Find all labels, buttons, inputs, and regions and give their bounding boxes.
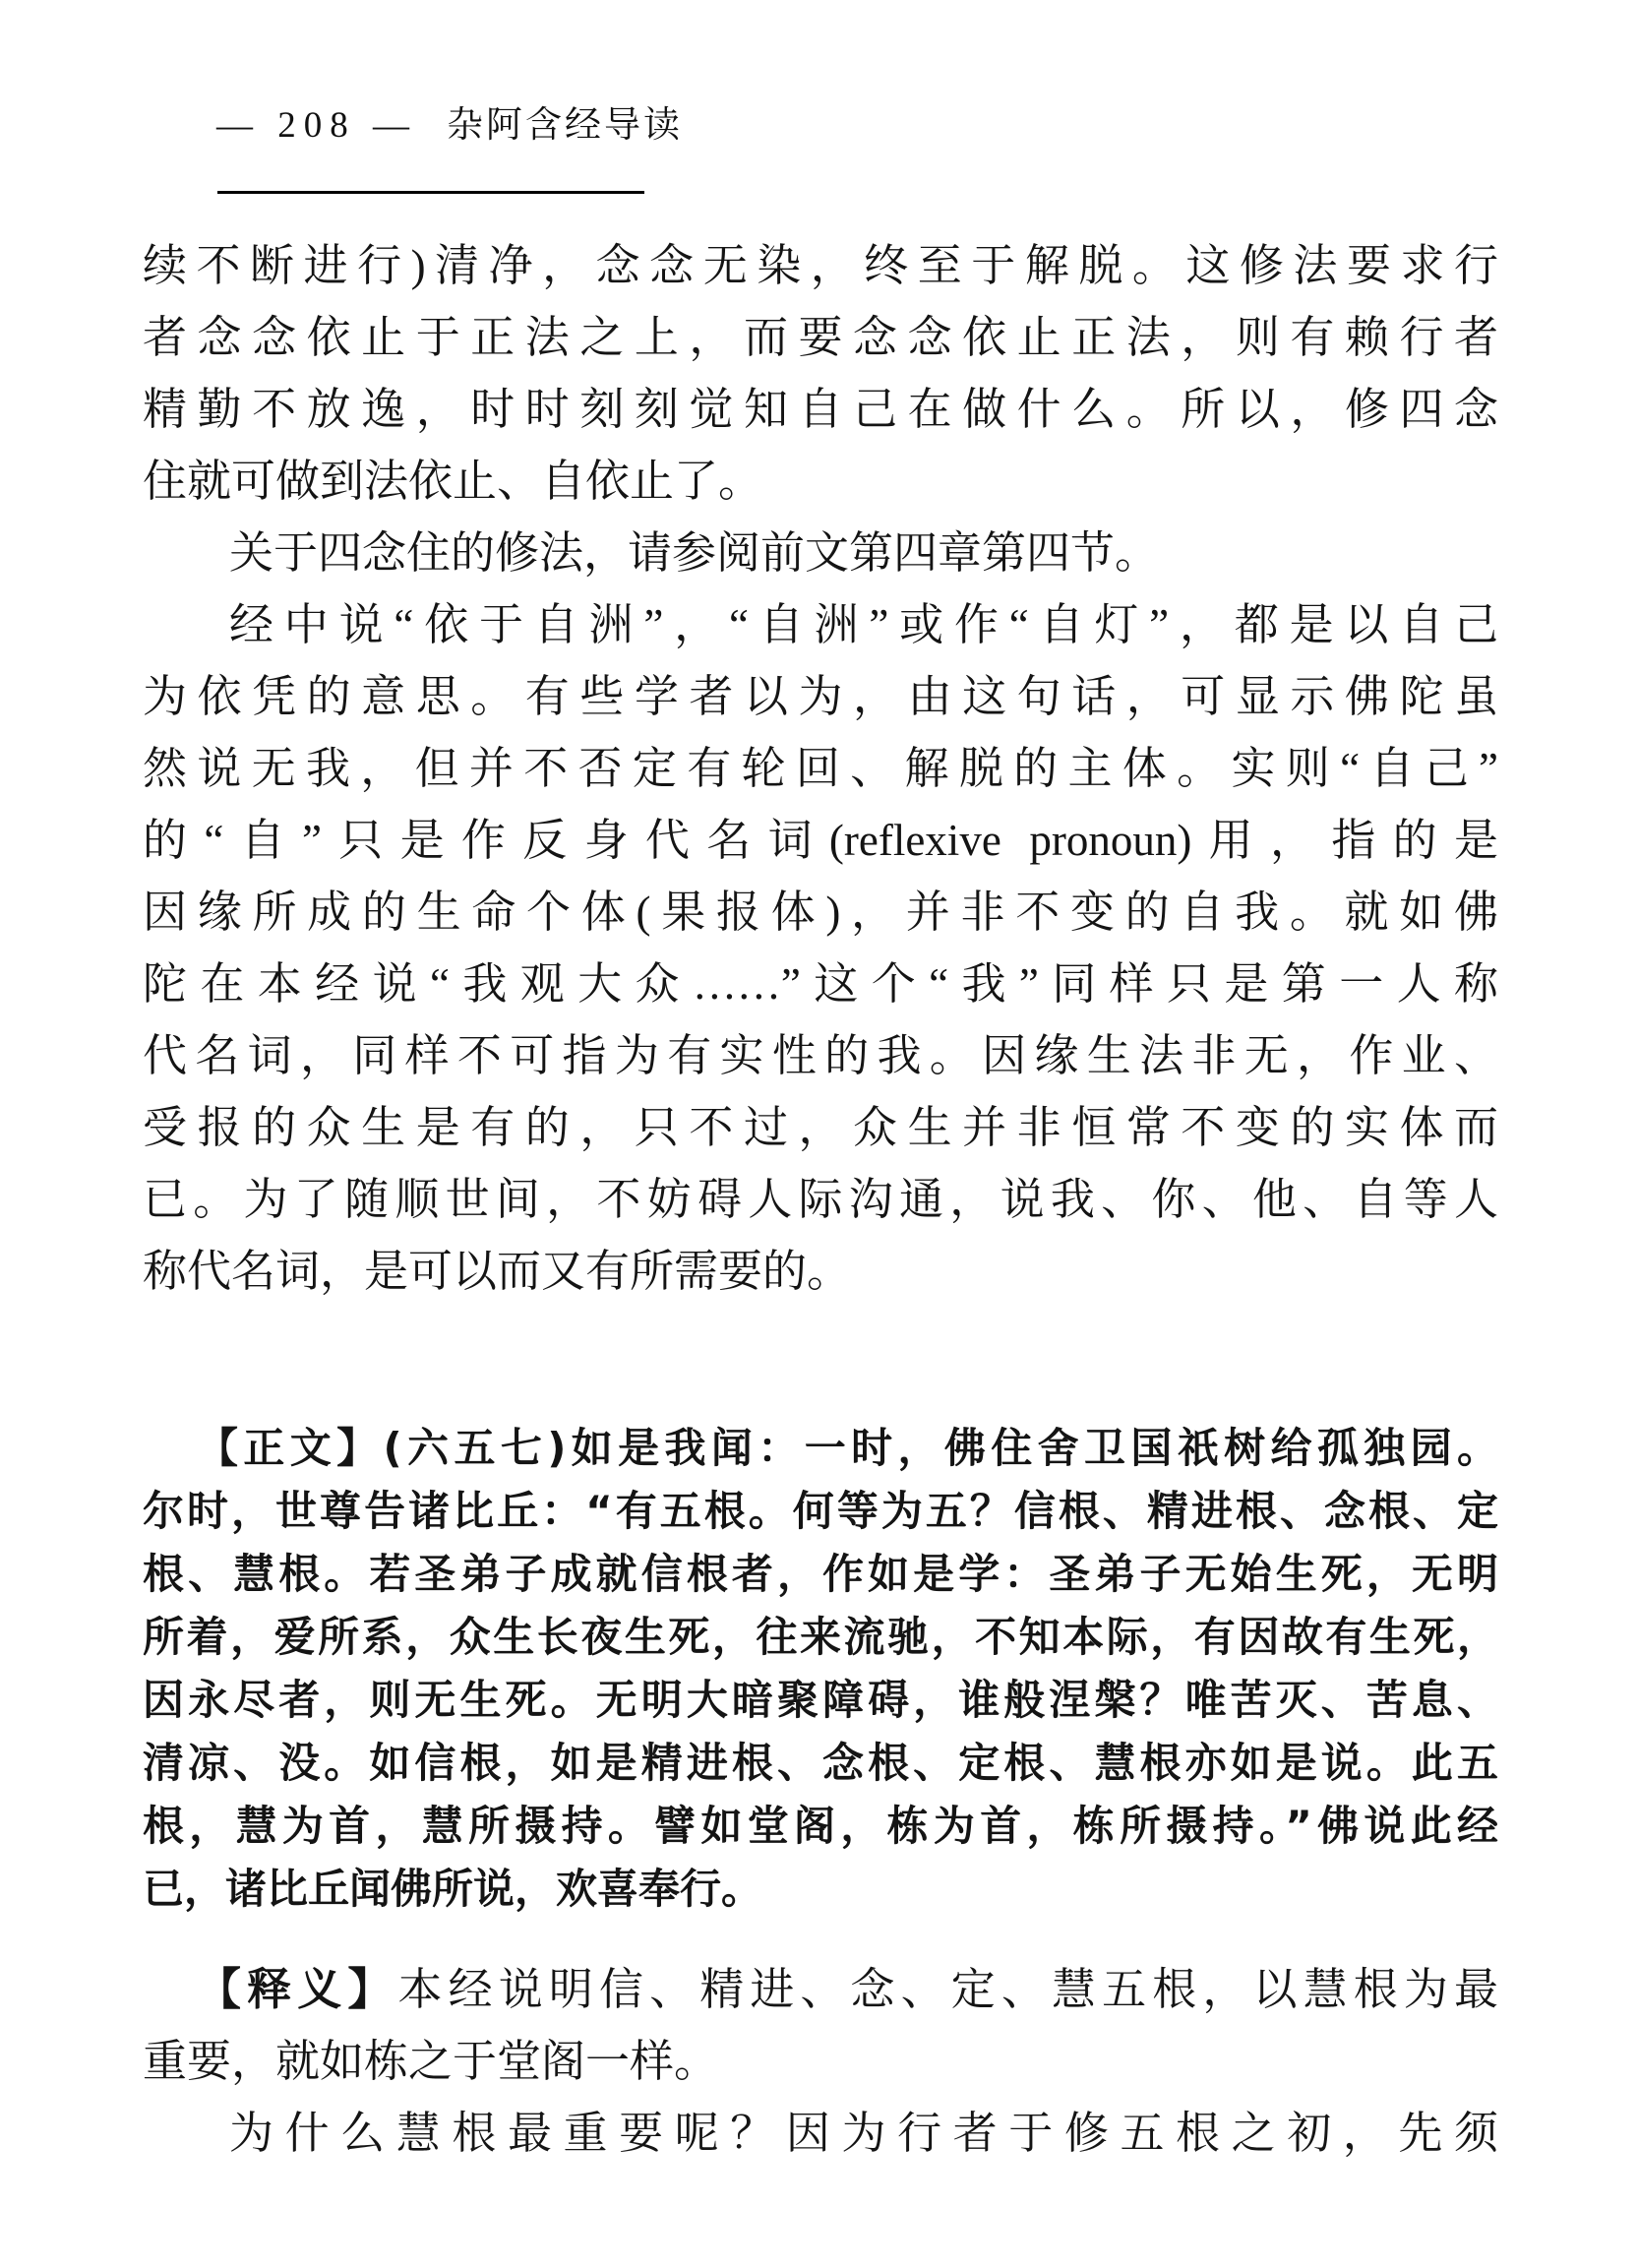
section-main-discussion: 续不断进行)清净，念念无染，终至于解脱。这修法要求行者念念依止于正法之上，而要念… — [143, 230, 1498, 1308]
text-line: 称代名词，是可以而又有所需要的。 — [143, 1236, 1498, 1308]
text-line: 为什么慧根最重要呢？因为行者于修五根之初，先须 — [143, 2098, 1498, 2170]
text-line: 代名词，同样不可指为有实性的我。因缘生法非无，作业、 — [143, 1020, 1498, 1092]
text-line: 【正文】(六五七)如是我闻：一时，佛住舍卫国祇树给孤独园。 — [143, 1417, 1498, 1480]
text-line: 受报的众生是有的，只不过，众生并非恒常不变的实体而 — [143, 1092, 1498, 1164]
text-line: 住就可做到法依止、自依止了。 — [143, 446, 1498, 518]
section-scripture-text: 【正文】(六五七)如是我闻：一时，佛住舍卫国祇树给孤独园。尔时，世尊告诸比丘：“… — [143, 1417, 1498, 1921]
text-line: 续不断进行)清净，念念无染，终至于解脱。这修法要求行 — [143, 230, 1498, 302]
text-line: 因缘所成的生命个体(果报体)，并非不变的自我。就如佛 — [143, 877, 1498, 949]
text-line: 已。为了随顺世间，不妨碍人际沟通，说我、你、他、自等人 — [143, 1164, 1498, 1236]
section-label: 【释义】 — [197, 1963, 397, 2015]
text-line: 尔时，世尊告诸比丘：“有五根。何等为五？信根、精进根、念根、定 — [143, 1480, 1498, 1543]
text-line: 重要，就如栋之于堂阁一样。 — [143, 2026, 1498, 2098]
text-line: 为依凭的意思。有些学者以为，由这句话，可显示佛陀虽 — [143, 661, 1498, 733]
text-line: 然说无我，但并不否定有轮回、解脱的主体。实则“自己” — [143, 733, 1498, 805]
text-line: 根，慧为首，慧所摄持。譬如堂阁，栋为首，栋所摄持。”佛说此经 — [143, 1795, 1498, 1858]
continuation-paragraph: 续不断进行)清净，念念无染，终至于解脱。这修法要求行者念念依止于正法之上，而要念… — [143, 230, 1498, 518]
reference-paragraph: 关于四念住的修法，请参阅前文第四章第四节。 — [143, 518, 1498, 589]
closing-question-paragraph: 为什么慧根最重要呢？因为行者于修五根之初，先须 — [143, 2098, 1498, 2170]
text-line: 的“自”只是作反身代名词(reflexive pronoun)用，指的是 — [143, 805, 1498, 877]
text-line: 因永尽者，则无生死。无明大暗聚障碍，谁般涅槃？唯苦灭、苦息、 — [143, 1669, 1498, 1732]
section-interpretation: 【释义】本经说明信、精进、念、定、慧五根，以慧根为最重要，就如栋之于堂阁一样。为… — [143, 1953, 1498, 2170]
text-line: 经中说“依于自洲”，“自洲”或作“自灯”，都是以自己 — [143, 589, 1498, 661]
text-line: 精勤不放逸，时时刻刻觉知自己在做什么。所以，修四念 — [143, 374, 1498, 446]
running-title: 杂阿含经导读 — [447, 105, 683, 146]
header-rule — [217, 191, 644, 194]
self-reliance-paragraph: 经中说“依于自洲”，“自洲”或作“自灯”，都是以自己为依凭的意思。有些学者以为，… — [143, 589, 1498, 1308]
text-line: 者念念依止于正法之上，而要念念依止正法，则有赖行者 — [143, 302, 1498, 374]
book-page: — 208 —杂阿含经导读 续不断进行)清净，念念无染，终至于解脱。这修法要求行… — [0, 0, 1637, 2268]
text-line: 陀在本经说“我观大众……”这个“我”同样只是第一人称 — [143, 949, 1498, 1020]
sutra-657-text: 【正文】(六五七)如是我闻：一时，佛住舍卫国祇树给孤独园。尔时，世尊告诸比丘：“… — [143, 1417, 1498, 1921]
page-number: — 208 — — [216, 105, 417, 146]
text-line: 关于四念住的修法，请参阅前文第四章第四节。 — [143, 518, 1498, 589]
page-header: — 208 —杂阿含经导读 — [216, 104, 683, 148]
interpretation-paragraph: 【释义】本经说明信、精进、念、定、慧五根，以慧根为最重要，就如栋之于堂阁一样。 — [143, 1953, 1498, 2098]
text-line: 所着，爱所系，众生长夜生死，往来流驰，不知本际，有因故有生死， — [143, 1606, 1498, 1669]
text-line: 根、慧根。若圣弟子成就信根者，作如是学：圣弟子无始生死，无明 — [143, 1543, 1498, 1606]
text-line: 清凉、没。如信根，如是精进根、念根、定根、慧根亦如是说。此五 — [143, 1732, 1498, 1795]
text-line: 【释义】本经说明信、精进、念、定、慧五根，以慧根为最 — [143, 1953, 1498, 2026]
text-line: 已，诸比丘闻佛所说，欢喜奉行。 — [143, 1858, 1498, 1921]
